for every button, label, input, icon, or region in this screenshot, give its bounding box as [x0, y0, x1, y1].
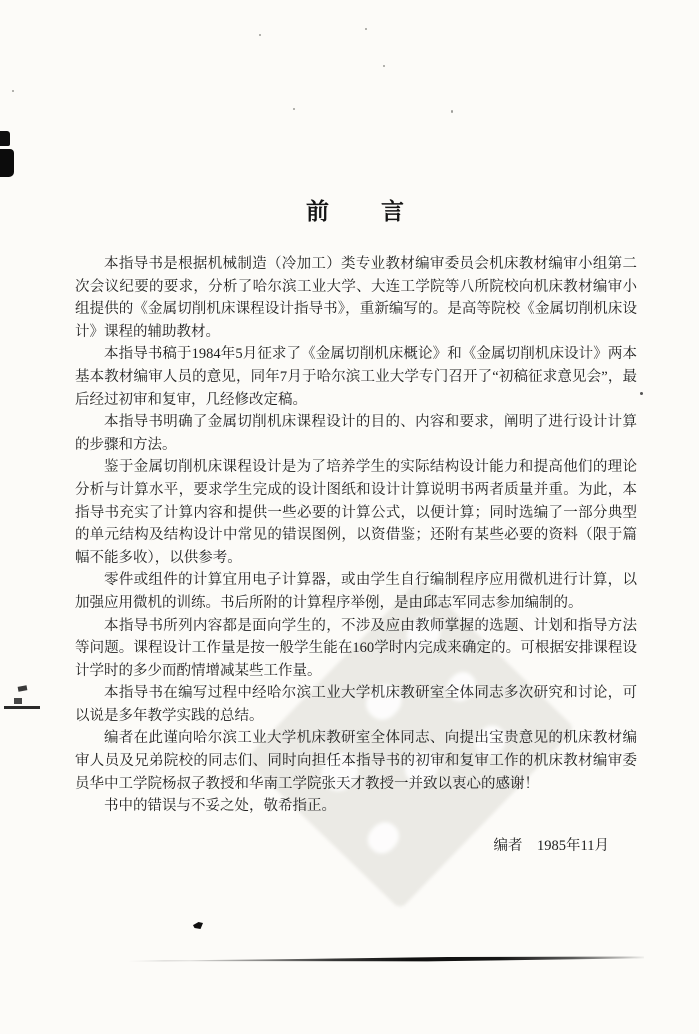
- scan-speck: [259, 34, 261, 36]
- margin-pencil-mark: [14, 698, 22, 704]
- paragraph: 本指导书稿于1984年5月征求了《金属切削机床概论》和《金属切削机床设计》两本基…: [75, 343, 637, 411]
- paragraph: 本指导书是根据机械制造（冷加工）类专业教材编审委员会机床教材编审小组第二次会议纪…: [75, 253, 637, 343]
- scan-speck: [451, 110, 453, 113]
- paragraph: 书中的错误与不妥之处，敬希指正。: [75, 795, 637, 818]
- text-block: 前 言 本指导书是根据机械制造（冷加工）类专业教材编审委员会机床教材编审小组第二…: [75, 193, 637, 855]
- scan-speck: [293, 108, 295, 110]
- author-date-signature: 编者 1985年11月: [75, 834, 637, 855]
- scan-ink-blot: [193, 922, 203, 929]
- scanned-document-page: 前 言 本指导书是根据机械制造（冷加工）类专业教材编审委员会机床教材编审小组第二…: [0, 0, 699, 1034]
- paragraph: 本指导书在编写过程中经哈尔滨工业大学机床教研室全体同志多次研究和讨论，可以说是多…: [75, 682, 637, 727]
- scan-speck: [365, 28, 367, 30]
- page-title: 前 言: [75, 193, 637, 226]
- scan-speck: [12, 90, 14, 92]
- paragraph: 本指导书明确了金属切削机床课程设计的目的、内容和要求，阐明了进行设计计算的步骤和…: [75, 411, 637, 456]
- scan-artifact-line: [128, 955, 644, 963]
- margin-pencil-mark: [18, 685, 28, 691]
- paragraph: 鉴于金属切削机床课程设计是为了培养学生的实际结构设计能力和提高他们的理论分析与计…: [75, 456, 637, 569]
- spine-ink-mark: [0, 149, 14, 177]
- scan-speck: [383, 65, 385, 67]
- scan-speck: [372, 606, 375, 609]
- spine-ink-mark: [0, 131, 10, 146]
- paragraph: 零件或组件的计算宜用电子计算器，或由学生自行编制程序应用微机进行计算，以加强应用…: [75, 569, 637, 614]
- margin-pencil-mark: [4, 706, 40, 709]
- preface-body: 本指导书是根据机械制造（冷加工）类专业教材编审委员会机床教材编审小组第二次会议纪…: [75, 253, 637, 818]
- paragraph: 编者在此谨向哈尔滨工业大学机床教研室全体同志、向提出宝贵意见的机床教材编审人员及…: [75, 727, 637, 795]
- scan-speck: [640, 392, 643, 395]
- paragraph: 本指导书所列内容都是面向学生的，不涉及应由教师掌握的选题、计划和指导方法等问题。…: [75, 615, 637, 683]
